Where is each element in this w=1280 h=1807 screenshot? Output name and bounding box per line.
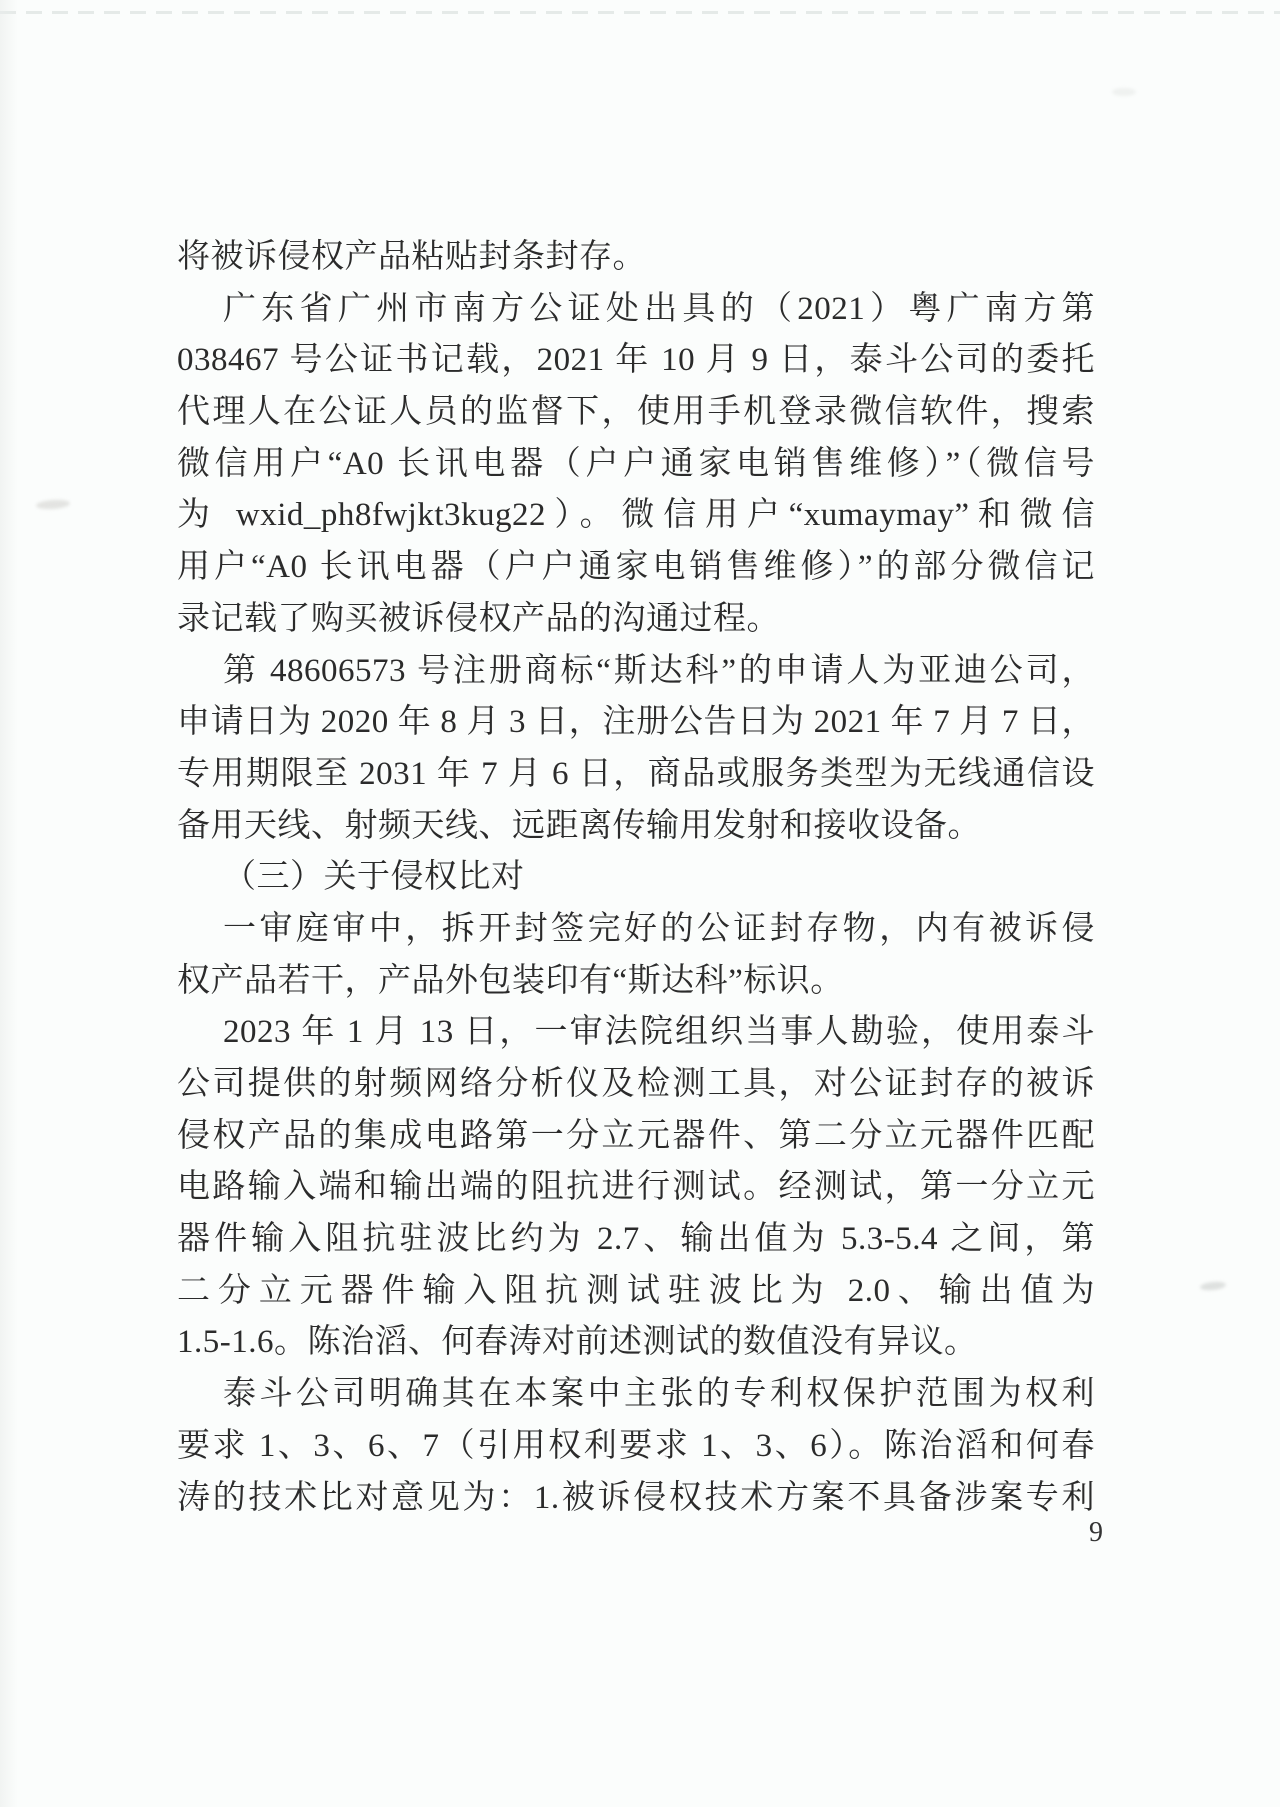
text-line: 将被诉侵权产品粘贴封条封存。 [177, 232, 1095, 284]
text-line: 第 48606573 号注册商标“斯达科”的申请人为亚迪公司， [177, 646, 1095, 698]
page-number: 9 [1078, 1514, 1114, 1552]
text-line: 泰斗公司明确其在本案中主张的专利权保护范围为权利 [177, 1369, 1095, 1421]
text-line: 代理人在公证人员的监督下，使用手机登录微信软件，搜索 [177, 387, 1095, 439]
text-line: 要求 1、3、6、7（引用权利要求 1、3、6）。陈治滔和何春 [177, 1421, 1095, 1473]
text-line: （三）关于侵权比对 [177, 852, 1095, 904]
text-line: 微信用户“A0 长讯电器（户户通家电销售维修）”（微信号 [177, 439, 1095, 491]
text-line: 广东省广州市南方公证处出具的（2021）粤广南方第 [177, 284, 1095, 336]
text-line: 权产品若干，产品外包装印有“斯达科”标识。 [177, 956, 1095, 1008]
text-line: 公司提供的射频网络分析仪及检测工具，对公证封存的被诉 [177, 1059, 1095, 1111]
text-line: 涛的技术比对意见为：1.被诉侵权技术方案不具备涉案专利 [177, 1473, 1095, 1525]
text-line: 申请日为 2020 年 8 月 3 日，注册公告日为 2021 年 7 月 7 … [177, 697, 1095, 749]
text-line: 电路输入端和输出端的阻抗进行测试。经测试，第一分立元 [177, 1162, 1095, 1214]
text-line: 用户“A0 长讯电器（户户通家电销售维修）”的部分微信记 [177, 542, 1095, 594]
document-page: 将被诉侵权产品粘贴封条封存。广东省广州市南方公证处出具的（2021）粤广南方第0… [0, 0, 1280, 1807]
text-line: 为 wxid_ph8fwjkt3kug22）。微信用户“xumaymay”和微信 [177, 490, 1095, 542]
text-line: 录记载了购买被诉侵权产品的沟通过程。 [177, 594, 1095, 646]
text-line: 二分立元器件输入阻抗测试驻波比为 2.0、输出值为 [177, 1266, 1095, 1318]
text-line: 038467 号公证书记载，2021 年 10 月 9 日，泰斗公司的委托 [177, 335, 1095, 387]
document-text: 将被诉侵权产品粘贴封条封存。广东省广州市南方公证处出具的（2021）粤广南方第0… [177, 232, 1095, 1524]
text-line: 1.5-1.6。陈治滔、何春涛对前述测试的数值没有异议。 [177, 1317, 1095, 1369]
scan-edge-artifact-top [0, 11, 1280, 14]
text-line: 侵权产品的集成电路第一分立元器件、第二分立元器件匹配 [177, 1111, 1095, 1163]
scan-smudge [36, 499, 71, 510]
text-line: 一审庭审中，拆开封签完好的公证封存物，内有被诉侵 [177, 904, 1095, 956]
text-line: 备用天线、射频天线、远距离传输用发射和接收设备。 [177, 801, 1095, 853]
text-line: 专用期限至 2031 年 7 月 6 日，商品或服务类型为无线通信设 [177, 749, 1095, 801]
scan-smudge [1200, 1281, 1227, 1292]
scan-edge-artifact-left [0, 0, 18, 1807]
text-line: 2023 年 1 月 13 日，一审法院组织当事人勘验，使用泰斗 [177, 1007, 1095, 1059]
text-line: 器件输入阻抗驻波比约为 2.7、输出值为 5.3-5.4 之间，第 [177, 1214, 1095, 1266]
scan-smudge [1112, 88, 1136, 96]
